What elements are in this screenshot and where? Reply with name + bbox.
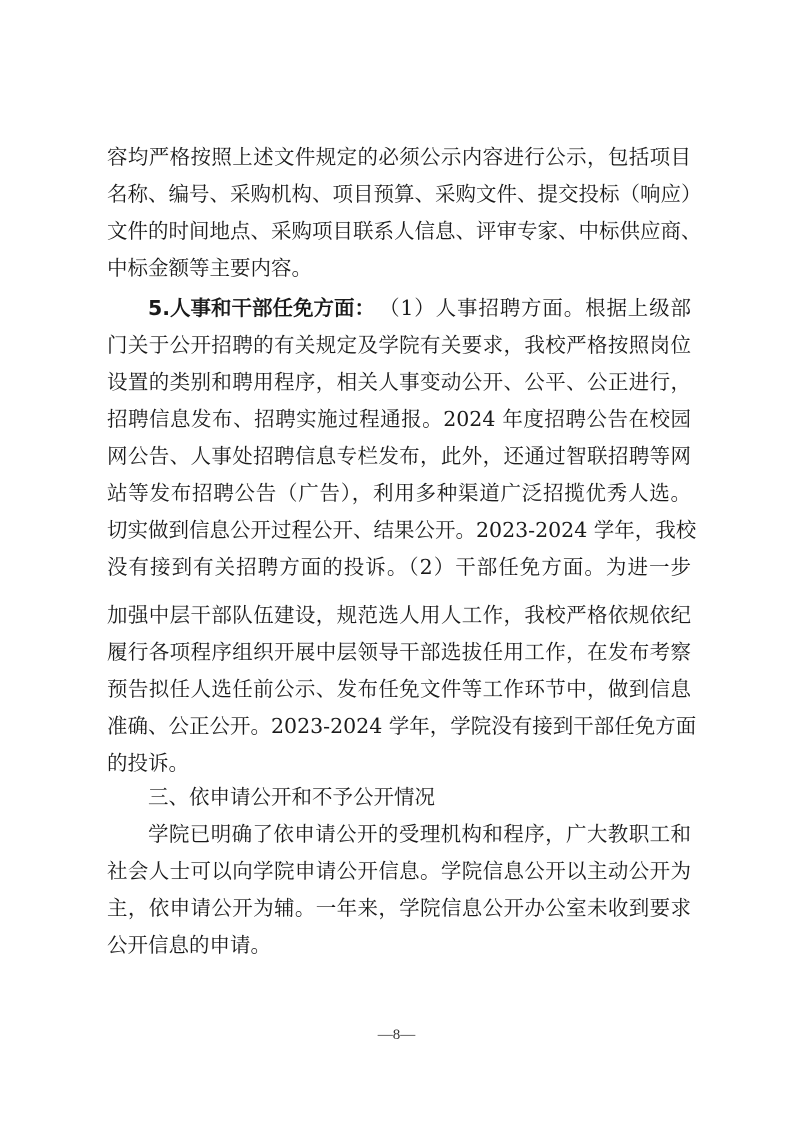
paragraph-line: 中标金额等主要内容。 bbox=[107, 250, 691, 287]
paragraph-line: 名称、编号、采购机构、项目预算、采购文件、提交投标（响应） bbox=[107, 176, 691, 213]
paragraph-line: 没有接到有关招聘方面的投诉。（2）干部任免方面。为进一步 bbox=[107, 549, 691, 586]
paragraph-line: 准确、公正公开。2023-2024 学年，学院没有接到干部任免方面 bbox=[107, 708, 691, 745]
paragraph-line: 招聘信息发布、招聘实施过程通报。2024 年度招聘公告在校园 bbox=[107, 401, 691, 438]
paragraph-line: 主，依申请公开为辅。一年来，学院信息公开办公室未收到要求 bbox=[107, 890, 691, 927]
paragraph-line: 加强中层干部队伍建设，规范选人用人工作，我校严格依规依纪 bbox=[107, 597, 691, 634]
document-page: 容均严格按照上述文件规定的必须公示内容进行公示，包括项目 名称、编号、采购机构、… bbox=[0, 0, 793, 1122]
paragraph-line: 公开信息的申请。 bbox=[107, 927, 691, 964]
paragraph-line: 容均严格按照上述文件规定的必须公示内容进行公示，包括项目 bbox=[107, 139, 691, 176]
paragraph-line: 预告拟任人选任前公示、发布任免文件等工作环节中，做到信息 bbox=[107, 671, 691, 708]
paragraph-line: 设置的类别和聘用程序，相关人事变动公开、公平、公正进行， bbox=[107, 364, 691, 401]
section-lead-bold: 5.人事和干部任免方面： bbox=[148, 290, 375, 327]
paragraph-line: 的投诉。 bbox=[107, 745, 691, 782]
paragraph-line: 门关于公开招聘的有关规定及学院有关要求，我校严格按照岗位 bbox=[107, 327, 691, 364]
paragraph-line-text: （1）人事招聘方面。根据上级部 bbox=[375, 290, 691, 327]
section-heading: 三、依申请公开和不予公开情况 bbox=[148, 779, 691, 816]
paragraph-line: 文件的时间地点、采购项目联系人信息、评审专家、中标供应商、 bbox=[107, 213, 691, 250]
paragraph-line: 网公告、人事处招聘信息专栏发布，此外，还通过智联招聘等网 bbox=[107, 438, 691, 475]
paragraph-line: 社会人士可以向学院申请公开信息。学院信息公开以主动公开为 bbox=[107, 853, 691, 890]
page-number: —8— bbox=[0, 1027, 793, 1044]
paragraph-line: 站等发布招聘公告（广告），利用多种渠道广泛招揽优秀人选。 bbox=[107, 475, 691, 512]
paragraph-line: 学院已明确了依申请公开的受理机构和程序，广大教职工和 bbox=[148, 816, 691, 853]
paragraph-line: 履行各项程序组织开展中层领导干部选拔任用工作，在发布考察 bbox=[107, 634, 691, 671]
paragraph-line: 切实做到信息公开过程公开、结果公开。2023-2024 学年，我校 bbox=[107, 512, 691, 549]
paragraph-first-line: 5.人事和干部任免方面：（1）人事招聘方面。根据上级部 bbox=[148, 290, 691, 327]
